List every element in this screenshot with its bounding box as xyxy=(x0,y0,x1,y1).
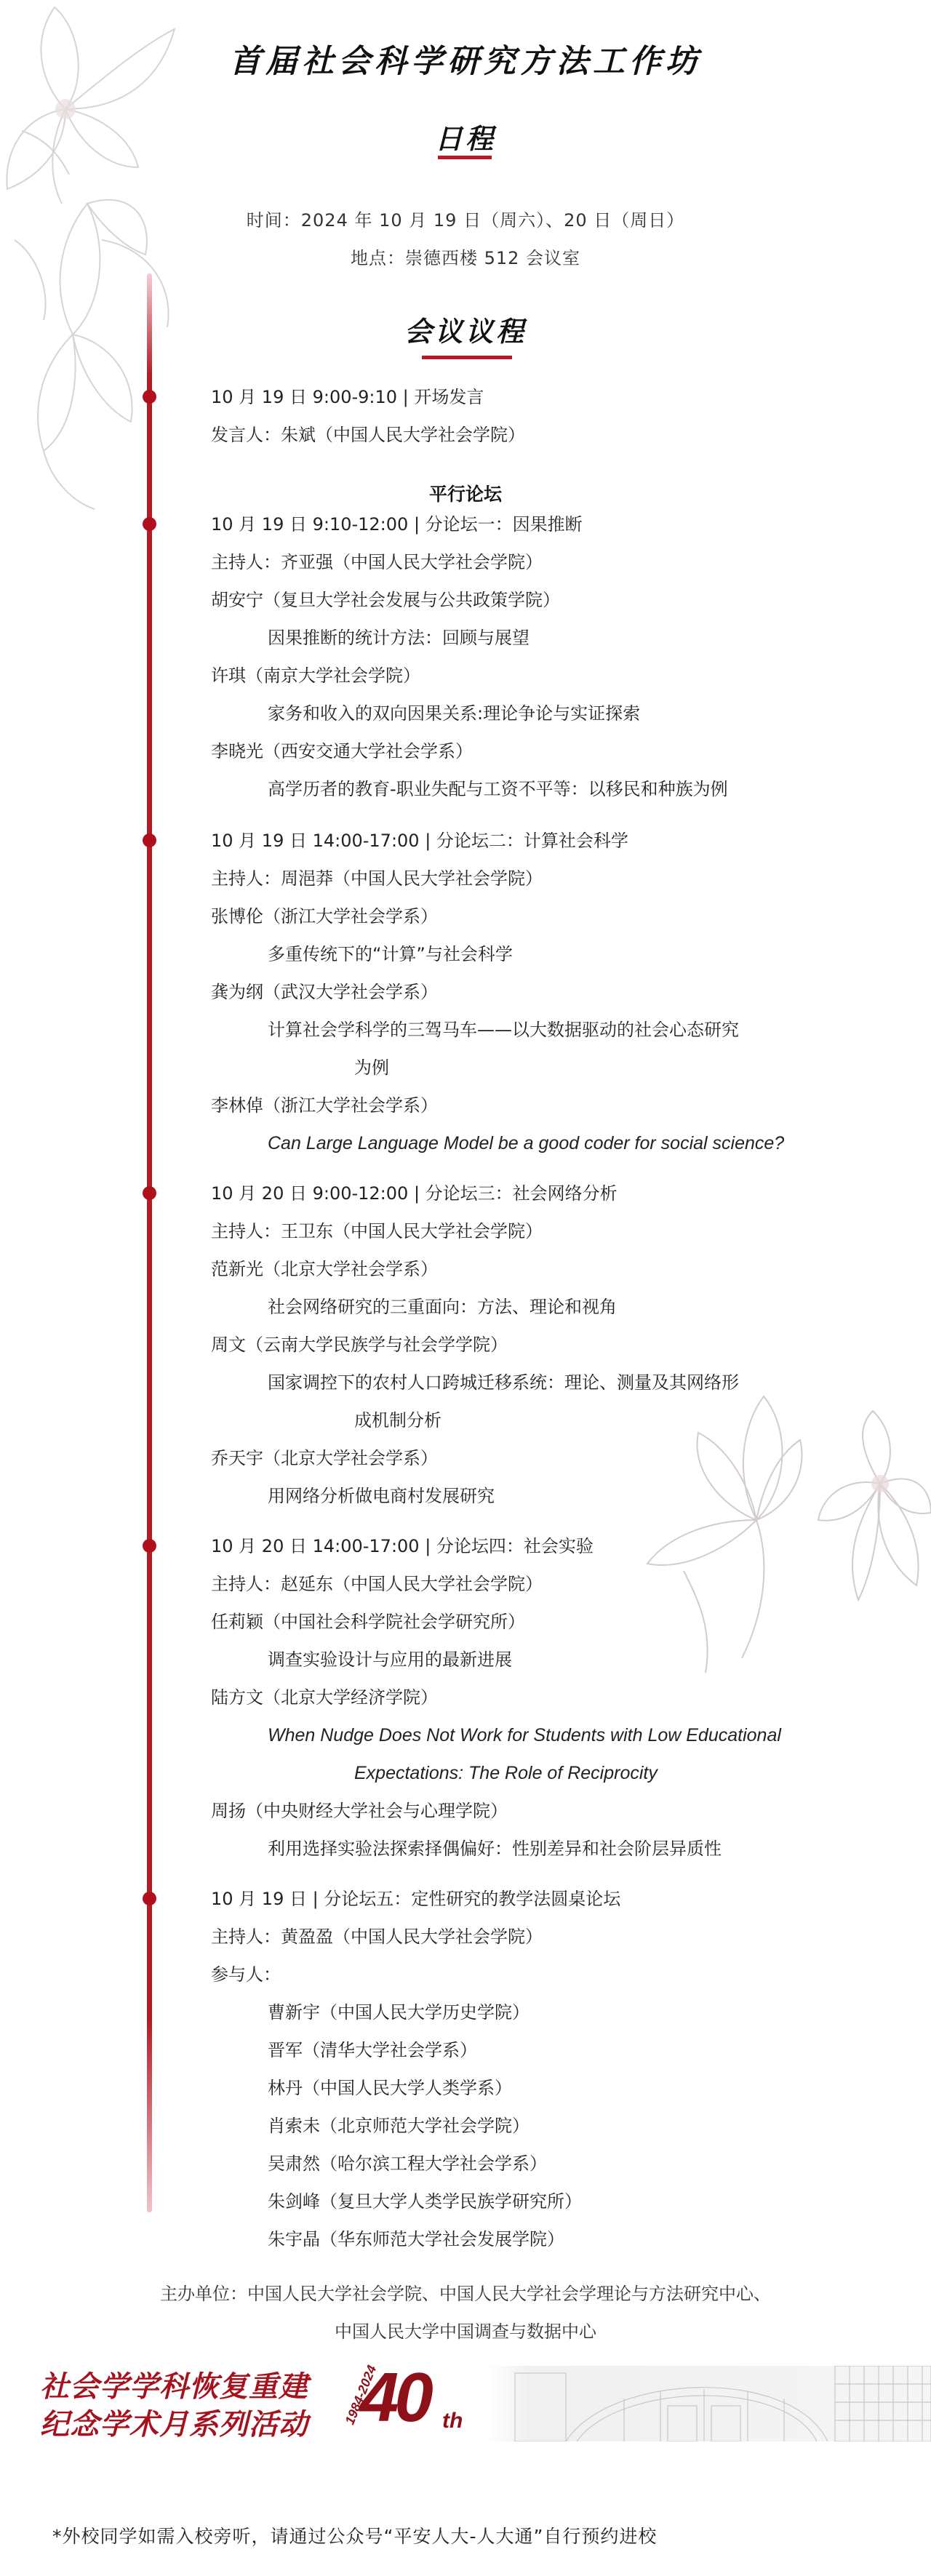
event-time: 时间：2024 年 10 月 19 日（周六）、20 日（周日） xyxy=(0,206,931,231)
participant: 朱剑峰（复旦大学人类学民族学研究所） xyxy=(268,2191,582,2212)
timeline-line xyxy=(147,273,152,2212)
visitor-note: *外校同学如需入校旁听，请通过公众号“平安人大-人大通”自行预约进校 xyxy=(52,2522,657,2548)
forum-host: 主持人：王卫东（中国人民大学社会学院） xyxy=(211,1220,543,1242)
talk-speaker: 张博伦（浙江大学社会学系） xyxy=(211,905,438,927)
forum-host: 主持人：齐亚强（中国人民大学社会学院） xyxy=(211,551,543,573)
forum-host: 主持人：黄盈盈（中国人民大学社会学院） xyxy=(211,1926,543,1948)
timeline-dot xyxy=(143,833,156,847)
forum-host: 主持人：赵延东（中国人民大学社会学院） xyxy=(211,1573,543,1595)
banner-suffix: th xyxy=(442,2409,463,2433)
agenda-heading-underline xyxy=(422,356,512,359)
talk-title: 国家调控下的农村人口跨城迁移系统：理论、测量及其网络形 xyxy=(268,1372,739,1393)
talk-speaker: 胡安宁（复旦大学社会发展与公共政策学院） xyxy=(211,589,560,611)
forum-header: 10 月 19 日 9:10-12:00 | 分论坛一：因果推断 xyxy=(211,513,583,535)
participant: 肖索未（北京师范大学社会学院） xyxy=(268,2115,530,2137)
participant: 吴肃然（哈尔滨工程大学社会学系） xyxy=(268,2153,547,2175)
organizers-line-2: 中国人民大学中国调查与数据中心 xyxy=(0,2317,931,2343)
talk-speaker: 周扬（中央财经大学社会与心理学院） xyxy=(211,1800,508,1822)
banner-line-1: 社会学学科恢复重建 xyxy=(40,2368,308,2406)
organizers-line-1: 主办单位：中国人民大学社会学院、中国人民大学社会学理论与方法研究中心、 xyxy=(0,2279,931,2305)
talk-title: 用网络分析做电商村发展研究 xyxy=(268,1485,495,1507)
talk-title-continued: 为例 xyxy=(354,1057,389,1079)
talk-title-continued: Expectations: The Role of Reciprocity xyxy=(354,1762,658,1784)
participant: 曹新宇（中国人民大学历史学院） xyxy=(268,2001,530,2023)
talk-title: 计算社会学科学的三驾马车——以大数据驱动的社会心态研究 xyxy=(268,1019,739,1041)
event-location: 地点：崇德西楼 512 会议室 xyxy=(0,244,931,269)
talk-speaker: 李林倬（浙江大学社会学系） xyxy=(211,1095,438,1116)
talk-title: 社会网络研究的三重面向：方法、理论和视角 xyxy=(268,1296,617,1318)
floral-decoration-right-icon xyxy=(640,1382,931,1687)
campus-building-sketch xyxy=(486,2366,931,2441)
timeline-dot xyxy=(143,1186,156,1200)
forum-header: 10 月 20 日 14:00-17:00 | 分论坛四：社会实验 xyxy=(211,1535,594,1557)
participant: 晋军（清华大学社会学系） xyxy=(268,2039,477,2061)
forum-header: 10 月 19 日 14:00-17:00 | 分论坛二：计算社会科学 xyxy=(211,830,628,852)
talk-title: 调查实验设计与应用的最新进展 xyxy=(268,1649,512,1671)
parallel-forums-heading: 平行论坛 xyxy=(0,480,931,506)
participants-label: 参与人： xyxy=(211,1964,281,1985)
talk-title: When Nudge Does Not Work for Students wi… xyxy=(268,1724,781,1746)
talk-title: 因果推断的统计方法：回顾与展望 xyxy=(268,627,530,649)
agenda-heading: 会议议程 xyxy=(0,309,931,349)
schedule-heading: 日程 xyxy=(0,116,931,156)
timeline-dot xyxy=(143,1892,156,1905)
talk-title: 家务和收入的双向因果关系:理论争论与实证探索 xyxy=(268,703,640,724)
opening-speaker: 发言人：朱斌（中国人民大学社会学院） xyxy=(211,424,525,446)
talk-speaker: 李晓光（西安交通大学社会学系） xyxy=(211,740,473,762)
talk-title: 多重传统下的“计算”与社会科学 xyxy=(268,943,513,965)
schedule-heading-underline xyxy=(438,156,492,159)
talk-title: 利用选择实验法探索择偶偏好：性别差异和社会阶层异质性 xyxy=(268,1838,722,1860)
timeline-dot xyxy=(143,1539,156,1553)
talk-speaker: 任莉颖（中国社会科学院社会学研究所） xyxy=(211,1611,525,1633)
talk-title-continued: 成机制分析 xyxy=(354,1409,441,1431)
page-title: 首届社会科学研究方法工作坊 xyxy=(0,35,931,81)
building-sketch-icon xyxy=(486,2366,931,2441)
talk-speaker: 陆方文（北京大学经济学院） xyxy=(211,1687,438,1708)
participant: 林丹（中国人民大学人类学系） xyxy=(268,2077,512,2099)
forum-header: 10 月 19 日 | 分论坛五：定性研究的教学法圆桌论坛 xyxy=(211,1888,620,1910)
participant: 朱宇晶（华东师范大学社会发展学院） xyxy=(268,2228,564,2250)
talk-speaker: 周文（云南大学民族学与社会学学院） xyxy=(211,1334,508,1356)
forum-host: 主持人：周浥莽（中国人民大学社会学院） xyxy=(211,868,543,889)
talk-speaker: 龚为纲（武汉大学社会学系） xyxy=(211,981,438,1003)
timeline-dot xyxy=(143,517,156,531)
opening-time: 10 月 19 日 9:00-9:10 | 开场发言 xyxy=(211,386,484,408)
talk-speaker: 范新光（北京大学社会学系） xyxy=(211,1258,438,1280)
talk-title: 高学历者的教育-职业失配与工资不平等：以移民和种族为例 xyxy=(268,778,728,800)
talk-speaker: 乔天宇（北京大学社会学系） xyxy=(211,1447,438,1469)
banner-number: 40 xyxy=(360,2358,429,2438)
banner-line-2: 纪念学术月系列活动 xyxy=(40,2406,308,2444)
talk-speaker: 许琪（南京大学社会学院） xyxy=(211,665,420,687)
timeline-dot xyxy=(143,390,156,404)
forum-header: 10 月 20 日 9:00-12:00 | 分论坛三：社会网络分析 xyxy=(211,1183,618,1204)
talk-title: Can Large Language Model be a good coder… xyxy=(268,1132,784,1154)
